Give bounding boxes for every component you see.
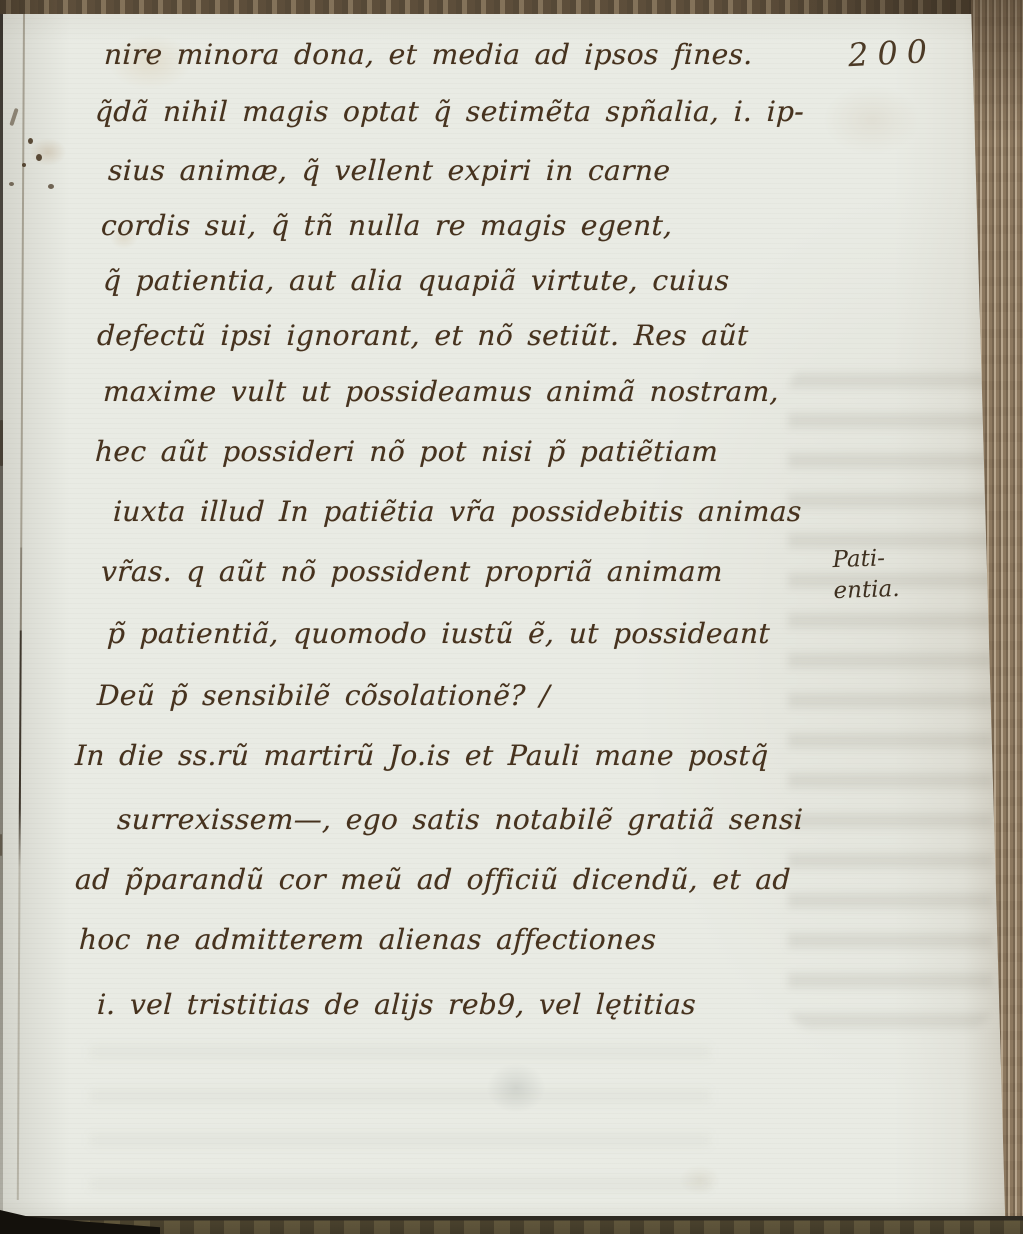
text-line: q̃dã nihil magis optat q̃ setimẽta spñal… (94, 97, 804, 128)
text-line: surrexissem—, ego satis notabilẽ gratiã … (116, 805, 803, 836)
text-block: nire minora dona, et media ad ipsos fine… (0, 0, 1023, 1234)
text-line: In die ss.rũ martirũ Jo.is et Pauli mane… (74, 741, 769, 772)
text-line: ad p̃parandũ cor meũ ad officiũ dicendũ,… (74, 865, 791, 896)
text-line: maxime vult ut possideamus animã nostram… (102, 377, 779, 408)
book-photo: 200 nire minora dona, et media ad ipsos … (0, 0, 1023, 1234)
text-line: iuxta illud In patiẽtia vr̃a possidebiti… (112, 497, 802, 528)
text-line: hec aũt possideri nõ pot nisi p̃ patiẽti… (94, 437, 718, 468)
text-line: i. vel tristitias de alijs reb9, vel lęt… (96, 990, 696, 1021)
margin-note: Pati- entia. (832, 543, 900, 607)
text-line: p̃ patientiã, quomodo iustũ ẽ, ut possid… (106, 619, 770, 650)
text-line: nire minora dona, et media ad ipsos fine… (103, 40, 753, 71)
text-line: sius animæ, q̃ vellent expiri in carne (107, 156, 670, 187)
text-line: Deũ p̃ sensibilẽ cõsolationẽ? / (96, 681, 550, 712)
text-line: hoc ne admitterem alienas affectiones (78, 925, 656, 956)
manuscript-page: 200 nire minora dona, et media ad ipsos … (0, 0, 1023, 1234)
book-spine-edge (0, 0, 3, 1218)
text-line: defectũ ipsi ignorant, et nõ setiũt. Res… (96, 321, 749, 352)
text-line: q̃ patientia, aut alia quapiã virtute, c… (102, 266, 730, 297)
margin-note-line: entia. (833, 574, 900, 607)
text-line: cordis sui, q̃ tñ nulla re magis egent, (100, 211, 673, 242)
margin-note-line: Pati- (832, 543, 899, 576)
book-head-edge (0, 0, 1023, 14)
text-line: vr̃as. q aũt nõ possident propriã animam (100, 557, 723, 588)
